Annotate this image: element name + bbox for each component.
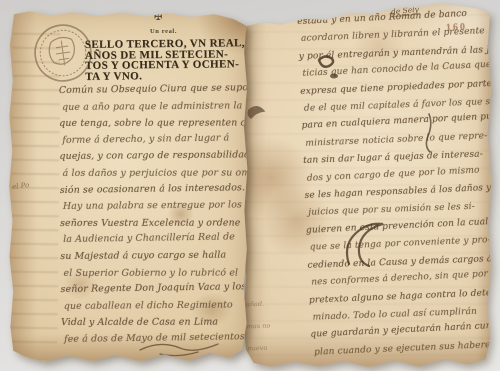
- manuscript-line: que a año para que le administren la: [62, 98, 248, 116]
- left-page: ✠ Un real. SELLO TERCERO, VN REAL, AÑOS …: [8, 10, 248, 362]
- document-photo: ✠ Un real. SELLO TERCERO, VN REAL, AÑOS …: [0, 0, 500, 371]
- manuscript-text-left: Común su Obsequio Ciura que se supone di…: [59, 81, 248, 348]
- manuscript-line: sión se ocasionaren á los interesados.: [60, 179, 248, 199]
- marginalia-note: mas no: [247, 322, 271, 331]
- manuscript-line: señor Regente Don Joaquín Vaca y los: [61, 279, 248, 299]
- right-page: 160 de Sely estada y en un año Roman de …: [241, 2, 492, 368]
- plate-label: Un real.: [150, 28, 177, 35]
- manuscript-line: Común su Obsequio Ciura que se supone di…: [59, 80, 248, 100]
- right-page-sheet: 160 de Sely estada y en un año Roman de …: [241, 2, 492, 368]
- manuscript-text-right: estada y en un año Roman de banco acorda…: [297, 5, 492, 362]
- manuscript-line: su Majestad á cuyo cargo se halla: [60, 247, 248, 265]
- marginalia: añad. mas no nuevo: [246, 300, 272, 367]
- margin-note: el Po: [12, 181, 30, 191]
- left-page-sheet: ✠ Un real. SELLO TERCERO, VN REAL, AÑOS …: [8, 10, 248, 362]
- manuscript-line: Hay una palabra se entregue por los: [63, 197, 248, 215]
- manuscript-line: forme á derecho, y sin dar lugar á: [62, 130, 248, 150]
- maltese-cross-icon: ✠: [154, 12, 162, 23]
- manuscript-line: que caballean el dicho Regimiento: [64, 297, 248, 315]
- marginalia-note: añad.: [246, 300, 270, 309]
- manuscript-line: quejas, y con cargo de responsabilidad: [59, 147, 248, 165]
- signature-flourish-icon: [138, 338, 222, 358]
- stamp-heading: SELLO TERCERO, VN REAL, AÑOS DE MIL SETE…: [85, 38, 246, 82]
- marginalia-note: nuevo: [247, 344, 271, 353]
- manuscript-line: la Audiencia y Chancillería Real de: [63, 229, 248, 249]
